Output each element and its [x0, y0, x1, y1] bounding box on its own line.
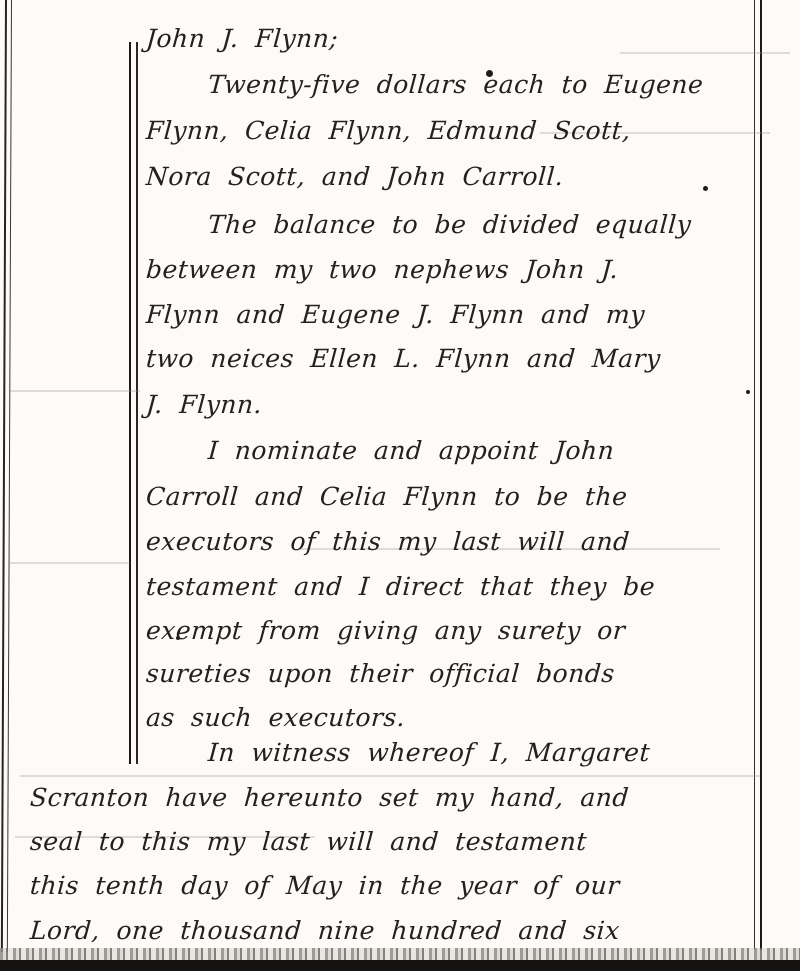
scan-artifact-line	[10, 390, 140, 392]
manuscript-line: sureties upon their official bonds	[145, 655, 616, 693]
left-margin-double-rule	[1, 0, 12, 952]
manuscript-line: between my two nephews John J.	[145, 251, 620, 289]
ink-speck	[703, 186, 708, 191]
manuscript-line: Twenty-five dollars each to Eugene	[207, 66, 705, 104]
right-margin-double-rule	[754, 0, 762, 950]
scan-bottom-bar	[0, 960, 800, 971]
manuscript-line: Lord, one thousand nine hundred and six	[29, 912, 621, 950]
scan-artifact-line	[10, 562, 130, 564]
inner-margin-double-rule	[129, 42, 138, 764]
manuscript-line: John J. Flynn;	[145, 20, 340, 58]
manuscript-line: two neices Ellen L. Flynn and Mary	[145, 340, 662, 378]
manuscript-line: executors of this my last will and	[145, 523, 631, 561]
manuscript-line: I nominate and appoint John	[207, 432, 616, 470]
manuscript-page: John J. Flynn; Twenty-five dollars each …	[0, 0, 800, 971]
manuscript-line: seal to this my last will and testament	[29, 823, 589, 861]
manuscript-line: as such executors.	[145, 699, 407, 737]
ink-speck	[746, 390, 750, 394]
manuscript-line: Nora Scott, and John Carroll.	[145, 158, 565, 196]
manuscript-line: this tenth day of May in the year of our	[29, 867, 621, 905]
scan-artifact-line	[20, 775, 760, 777]
manuscript-line: Flynn and Eugene J. Flynn and my	[145, 296, 647, 334]
manuscript-line: Scranton have hereunto set my hand, and	[29, 779, 631, 817]
manuscript-line: The balance to be divided equally	[207, 206, 693, 244]
manuscript-line: Flynn, Celia Flynn, Edmund Scott,	[145, 112, 632, 150]
manuscript-line: Carroll and Celia Flynn to be the	[145, 478, 629, 516]
manuscript-line: exempt from giving any surety or	[145, 612, 627, 650]
scan-artifact-line	[620, 52, 790, 54]
manuscript-line: In witness whereof I, Margaret	[207, 734, 652, 772]
manuscript-line: testament and I direct that they be	[145, 568, 657, 606]
manuscript-line: J. Flynn.	[145, 386, 264, 424]
